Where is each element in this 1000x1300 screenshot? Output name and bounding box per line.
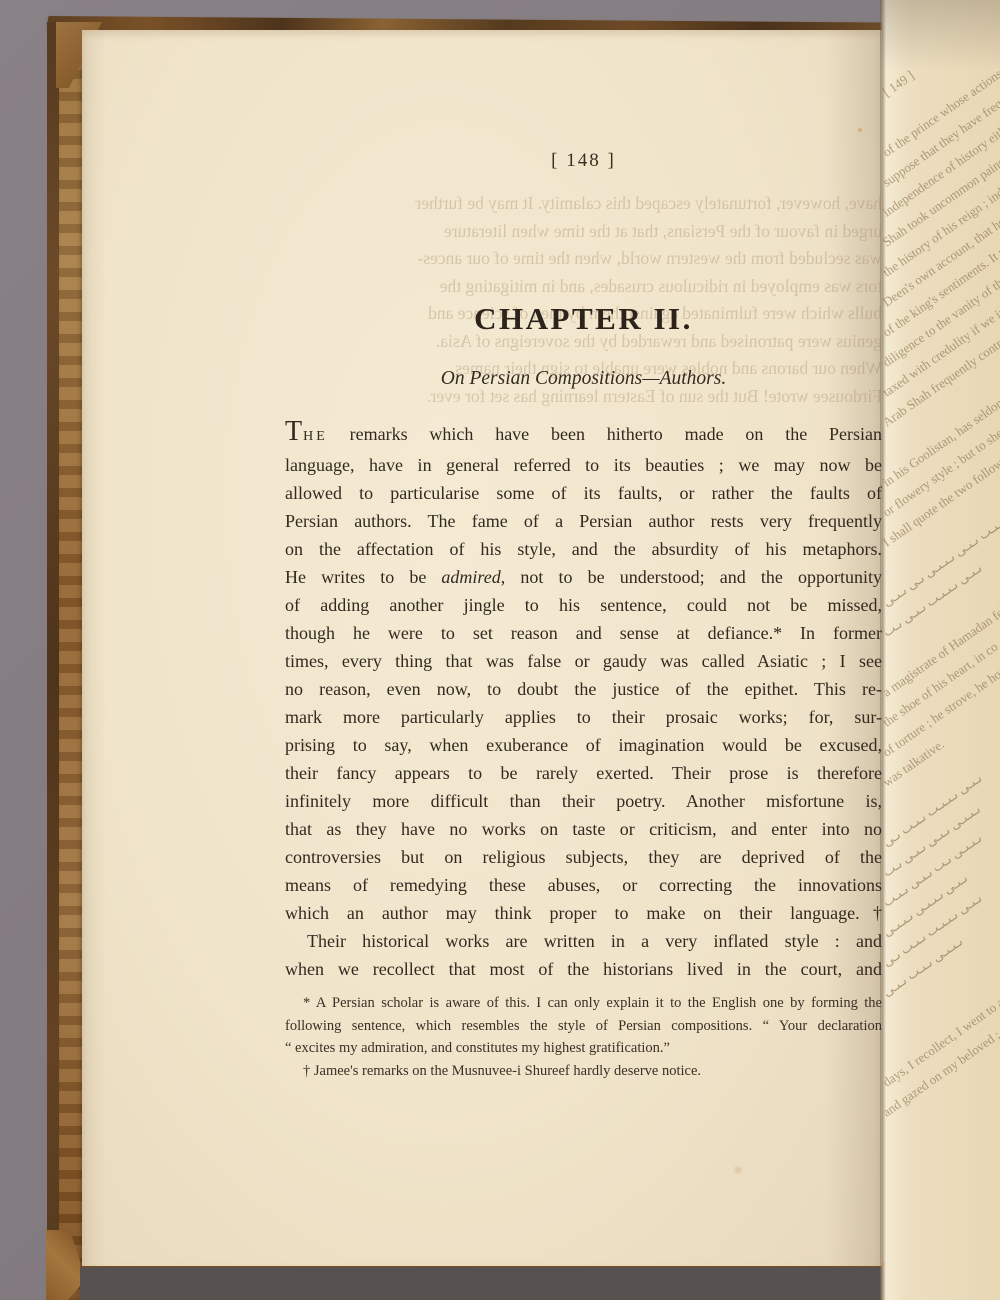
- body-line: prising to say, when exuberance of imagi…: [285, 731, 882, 759]
- verso-ghost-line: tors was employed in ridiculous crusades…: [285, 276, 882, 297]
- body-line: of adding another jingle to his sentence…: [285, 591, 882, 619]
- body-line: controversies but on religious subjects,…: [285, 843, 882, 871]
- body-line: that as they have no works on taste or c…: [285, 815, 882, 843]
- body-line: no reason, even now, to doubt the justic…: [285, 675, 882, 703]
- book-photo: have, however, fortunately escaped this …: [0, 0, 1000, 1300]
- page-content: have, however, fortunately escaped this …: [285, 0, 882, 1300]
- body-line: times, every thing that was false or gau…: [285, 647, 882, 675]
- next-page-149-curled-edge: [ 149 ]of the prince whose actions thsup…: [880, 0, 1000, 1300]
- verso-ghost-line: have, however, fortunately escaped this …: [285, 193, 882, 214]
- body-line-first-rest: remarks which have been hitherto made on…: [328, 424, 882, 444]
- body-line6-post: , not to be understood; and the opportun…: [501, 567, 882, 587]
- body-line: Persian authors. The fame of a Persian a…: [285, 507, 882, 535]
- body-line: mark more particularly applies to their …: [285, 703, 882, 731]
- body-text: THE remarks which have been hitherto mad…: [285, 418, 882, 983]
- footnote-line: * A Persian scholar is aware of this. I …: [285, 992, 882, 1015]
- body-line: which an author may think proper to make…: [285, 899, 882, 927]
- body-line-with-italic: He writes to be admired, not to be under…: [285, 563, 882, 591]
- footnote-line: “ excites my admiration, and constitutes…: [285, 1037, 882, 1060]
- chapter-subtitle: On Persian Compositions—Authors.: [285, 368, 882, 390]
- footnote-line: following sentence, which resembles the …: [285, 1015, 882, 1038]
- book-left-cover-edge: [47, 22, 59, 1298]
- body-line: their fancy appears to be rarely exerted…: [285, 759, 882, 787]
- book-spine-leather: [59, 26, 84, 1300]
- body-line-paragraph2-start: Their historical works are written in a …: [285, 927, 882, 955]
- footnotes: * A Persian scholar is aware of this. I …: [285, 992, 882, 1082]
- italic-word-admired: admired: [441, 567, 500, 587]
- body-line: though he were to set reason and sense a…: [285, 619, 882, 647]
- footnote-line: † Jamee's remarks on the Musnuvee-i Shur…: [285, 1060, 882, 1083]
- page-number: [ 148 ]: [285, 150, 882, 172]
- body-line: on the affectation of his style, and the…: [285, 535, 882, 563]
- body-line6-pre: He writes to be: [285, 567, 441, 587]
- body-line: language, have in general referred to it…: [285, 451, 882, 479]
- body-line: allowed to particularise some of its fau…: [285, 479, 882, 507]
- drop-initial: T: [285, 416, 302, 447]
- verso-ghost-line: urged in favour of the Persians, that at…: [285, 221, 882, 242]
- body-line: when we recollect that most of the histo…: [285, 955, 882, 983]
- smallcaps-he: HE: [303, 429, 328, 444]
- body-line-first: THE remarks which have been hitherto mad…: [285, 418, 882, 451]
- body-line: infinitely more difficult than their poe…: [285, 787, 882, 815]
- verso-ghost-line: was secluded from the western world, whe…: [285, 248, 882, 269]
- chapter-heading: CHAPTER II.: [285, 301, 882, 337]
- body-line: means of remedying these abuses, or corr…: [285, 871, 882, 899]
